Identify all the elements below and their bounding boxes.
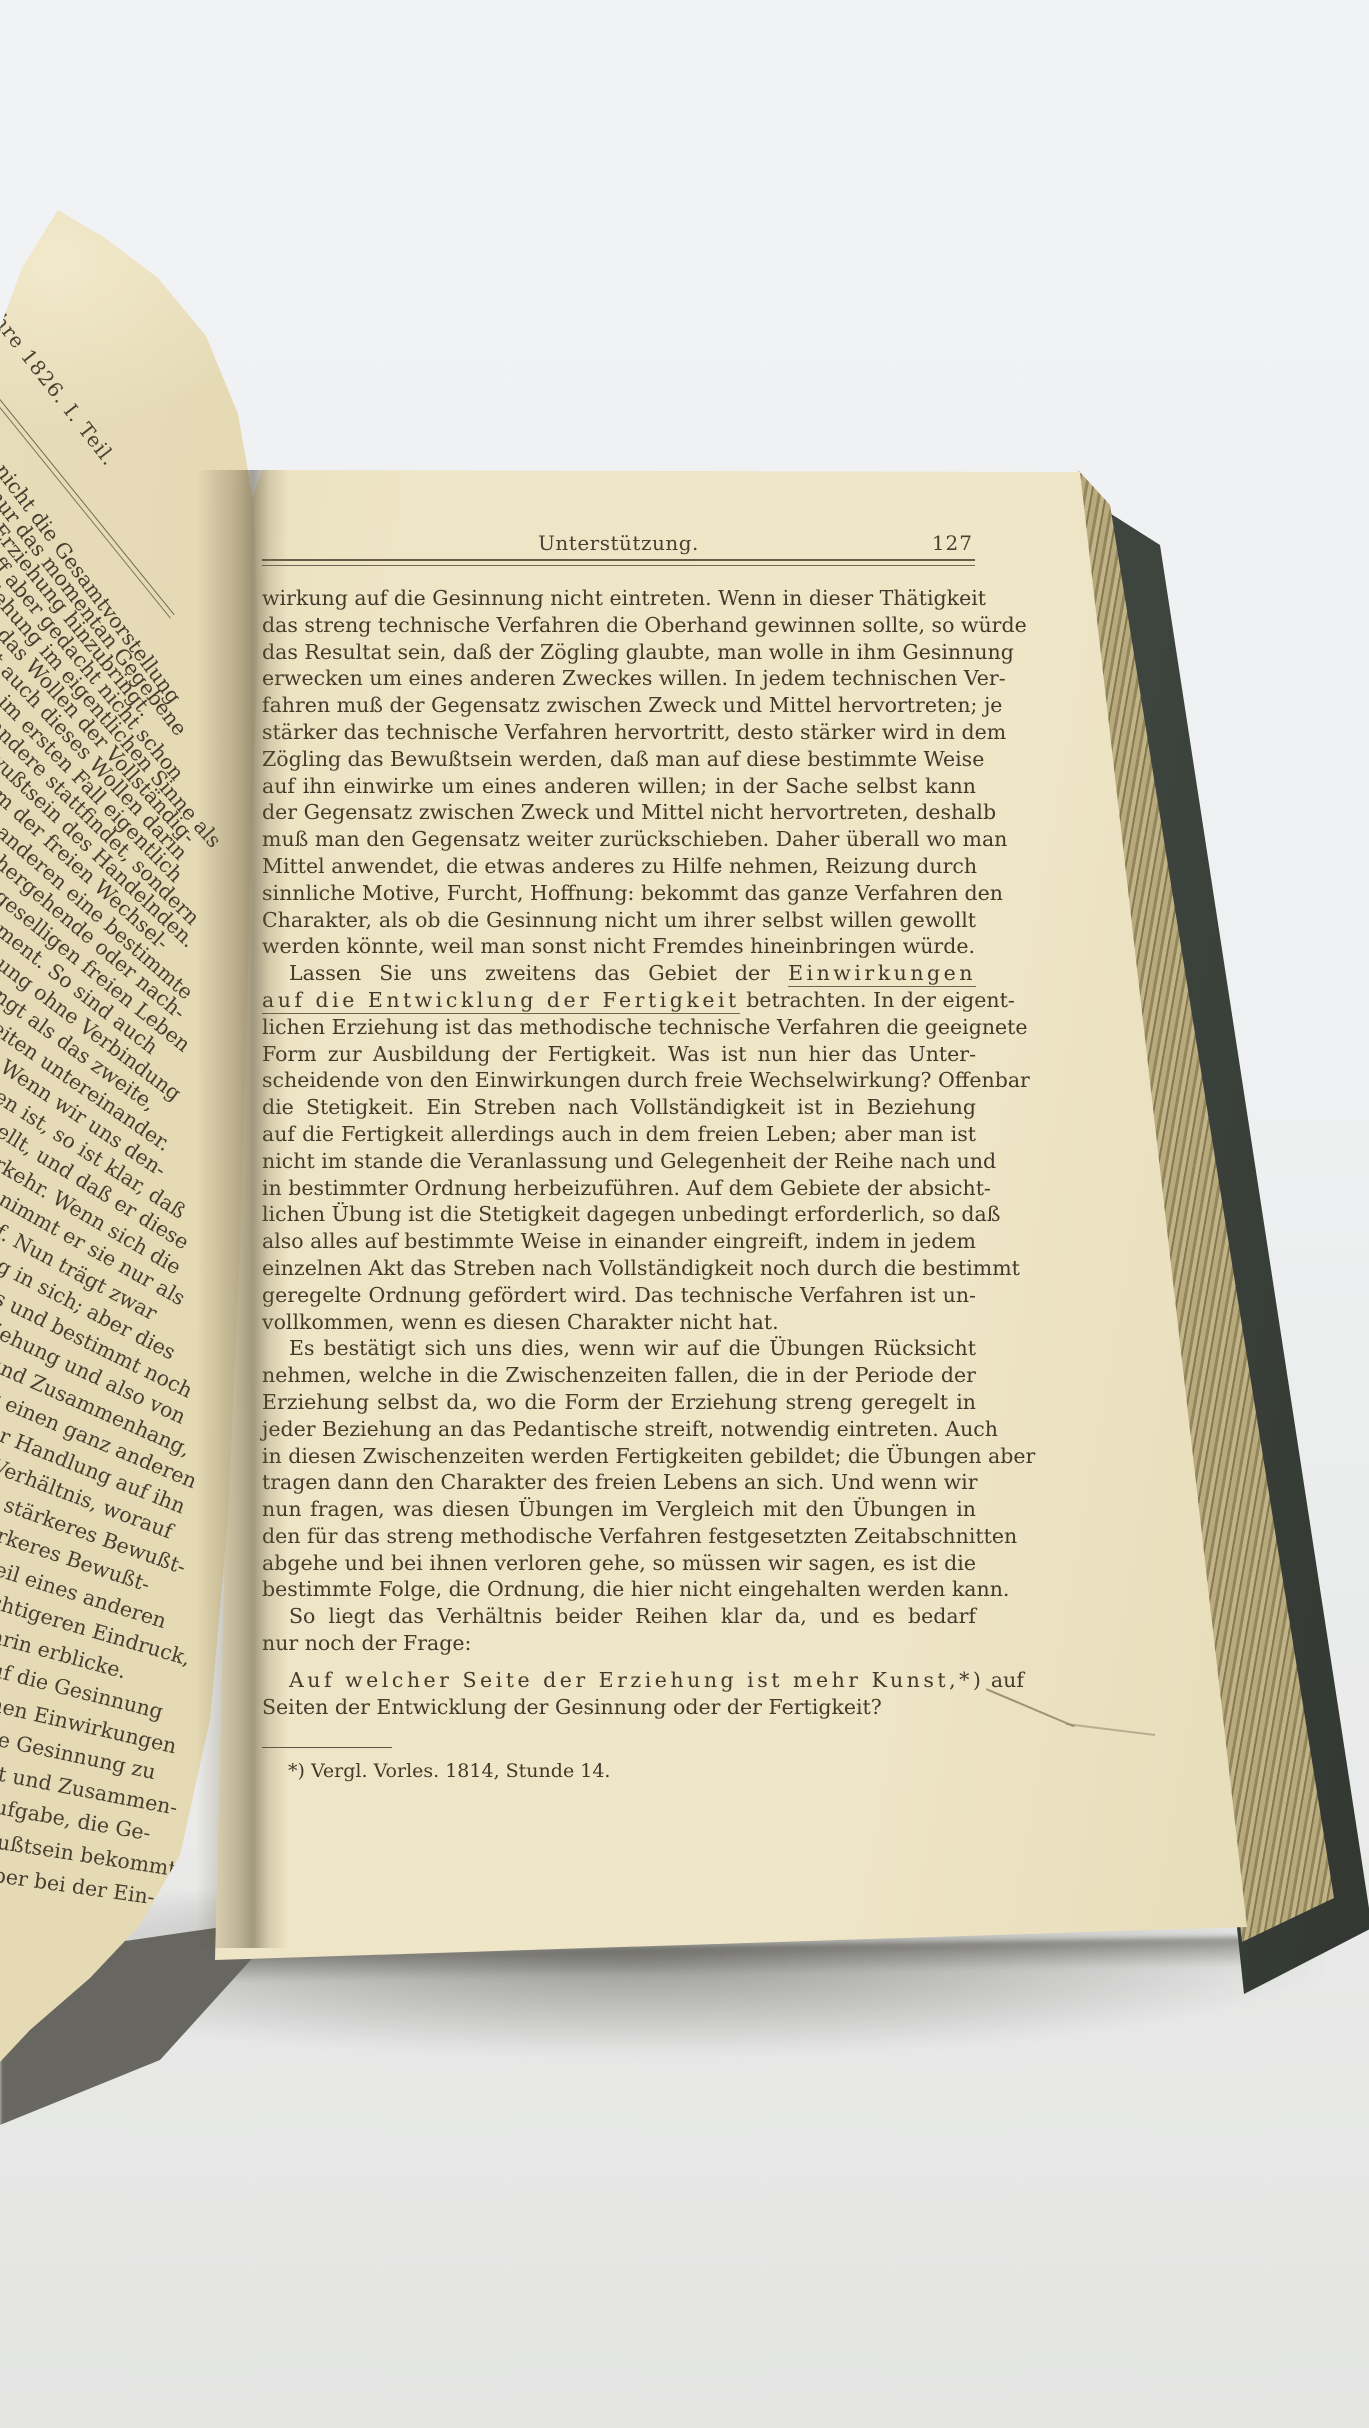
text-line: abgehe und bei ihnen verloren gehe, so m… [262,1550,976,1577]
text-line: in bestimmter Ordnung herbeizuführen. Au… [262,1175,976,1202]
text-line: also alles auf bestimmte Weise in einand… [262,1228,976,1255]
pencil-mark-tail [1066,1723,1156,1736]
text-line: jeder Beziehung an das Pedantische strei… [262,1416,976,1443]
text-line: Charakter, als ob die Gesinnung nicht um… [262,907,976,934]
text-line: Es bestätigt sich uns dies, wenn wir auf… [262,1335,976,1362]
left-running-header: Jahre 1826. I. Teil. [0,292,122,470]
text-line: muß man den Gegensatz weiter zurückschie… [262,826,976,853]
running-header-title: Unterstützung. [262,531,975,555]
text-line: scheidende von den Einwirkungen durch fr… [262,1067,976,1094]
text-line: das Resultat sein, daß der Zögling glaub… [262,639,976,666]
running-header: Unterstützung. 127 [262,531,975,557]
photo-scene: Unterstützung. 127 wirkung auf die Gesin… [0,0,1369,2428]
text-line: das streng technische Verfahren die Ober… [262,612,976,639]
text-line: Auf welcher Seite der Erziehung ist mehr… [262,1667,976,1694]
text-line: nehmen, welche in die Zwischenzeiten fal… [262,1362,976,1389]
text-line: Seiten der Entwicklung der Gesinnung ode… [262,1694,976,1721]
text-line: sinnliche Motive, Furcht, Hoffnung: beko… [262,880,976,907]
text-line: lichen Übung ist die Stetigkeit dagegen … [262,1201,976,1228]
text-line: geregelte Ordnung gefördert wird. Das te… [262,1282,976,1309]
text-line: nicht im stande die Veranlassung und Gel… [262,1148,976,1175]
text-line: stärker das technische Verfahren hervort… [262,719,976,746]
text-line: erwecken um eines anderen Zweckes willen… [262,665,976,692]
header-double-rule [262,559,975,566]
text-line: werden könnte, weil man sonst nicht Frem… [262,933,976,960]
text-line: fahren muß der Gegensatz zwischen Zweck … [262,692,976,719]
gutter-crease [196,470,288,1948]
text-line: Zögling das Bewußtsein werden, daß man a… [262,746,976,773]
pencil-mark [986,1688,1075,1728]
text-line: tragen dann den Charakter des freien Leb… [262,1469,976,1496]
text-line: in diesen Zwischenzeiten werden Fertigke… [262,1443,976,1470]
page-number: 127 [932,531,973,555]
text-line: Lassen Sie uns zweitens das Gebiet der E… [262,960,976,987]
text-line: nun fragen, was diesen Übungen im Vergle… [262,1496,976,1523]
text-line: auf ihn einwirke um eines anderen willen… [262,773,976,800]
text-line: Erziehung selbst da, wo die Form der Erz… [262,1389,976,1416]
text-line: auf die Fertigkeit allerdings auch in de… [262,1121,976,1148]
text-line: Mittel anwendet, die etwas anderes zu Hi… [262,853,976,880]
text-line: auf die Entwicklung der Fertigkeit betra… [262,987,976,1014]
text-line: nur noch der Frage: [262,1630,976,1657]
footnote: *) Vergl. Vorles. 1814, Stunde 14. [262,1760,975,1782]
text-line: So liegt das Verhältnis beider Reihen kl… [262,1603,976,1630]
text-line: lichen Erziehung ist das methodische tec… [262,1014,976,1041]
text-line: der Gegensatz zwischen Zweck und Mittel … [262,799,976,826]
text-line: den für das streng methodische Verfahren… [262,1523,976,1550]
text-line: wirkung auf die Gesinnung nicht eintrete… [262,585,976,612]
text-line: Form zur Ausbildung der Fertigkeit. Was … [262,1041,976,1068]
text-line: vollkommen, wenn es diesen Charakter nic… [262,1309,976,1336]
text-line: bestimmte Folge, die Ordnung, die hier n… [262,1576,976,1603]
text-line: einzelnen Akt das Streben nach Vollständ… [262,1255,976,1282]
text-line: die Stetigkeit. Ein Streben nach Vollstä… [262,1094,976,1121]
page-body-text: wirkung auf die Gesinnung nicht eintrete… [262,585,976,1720]
